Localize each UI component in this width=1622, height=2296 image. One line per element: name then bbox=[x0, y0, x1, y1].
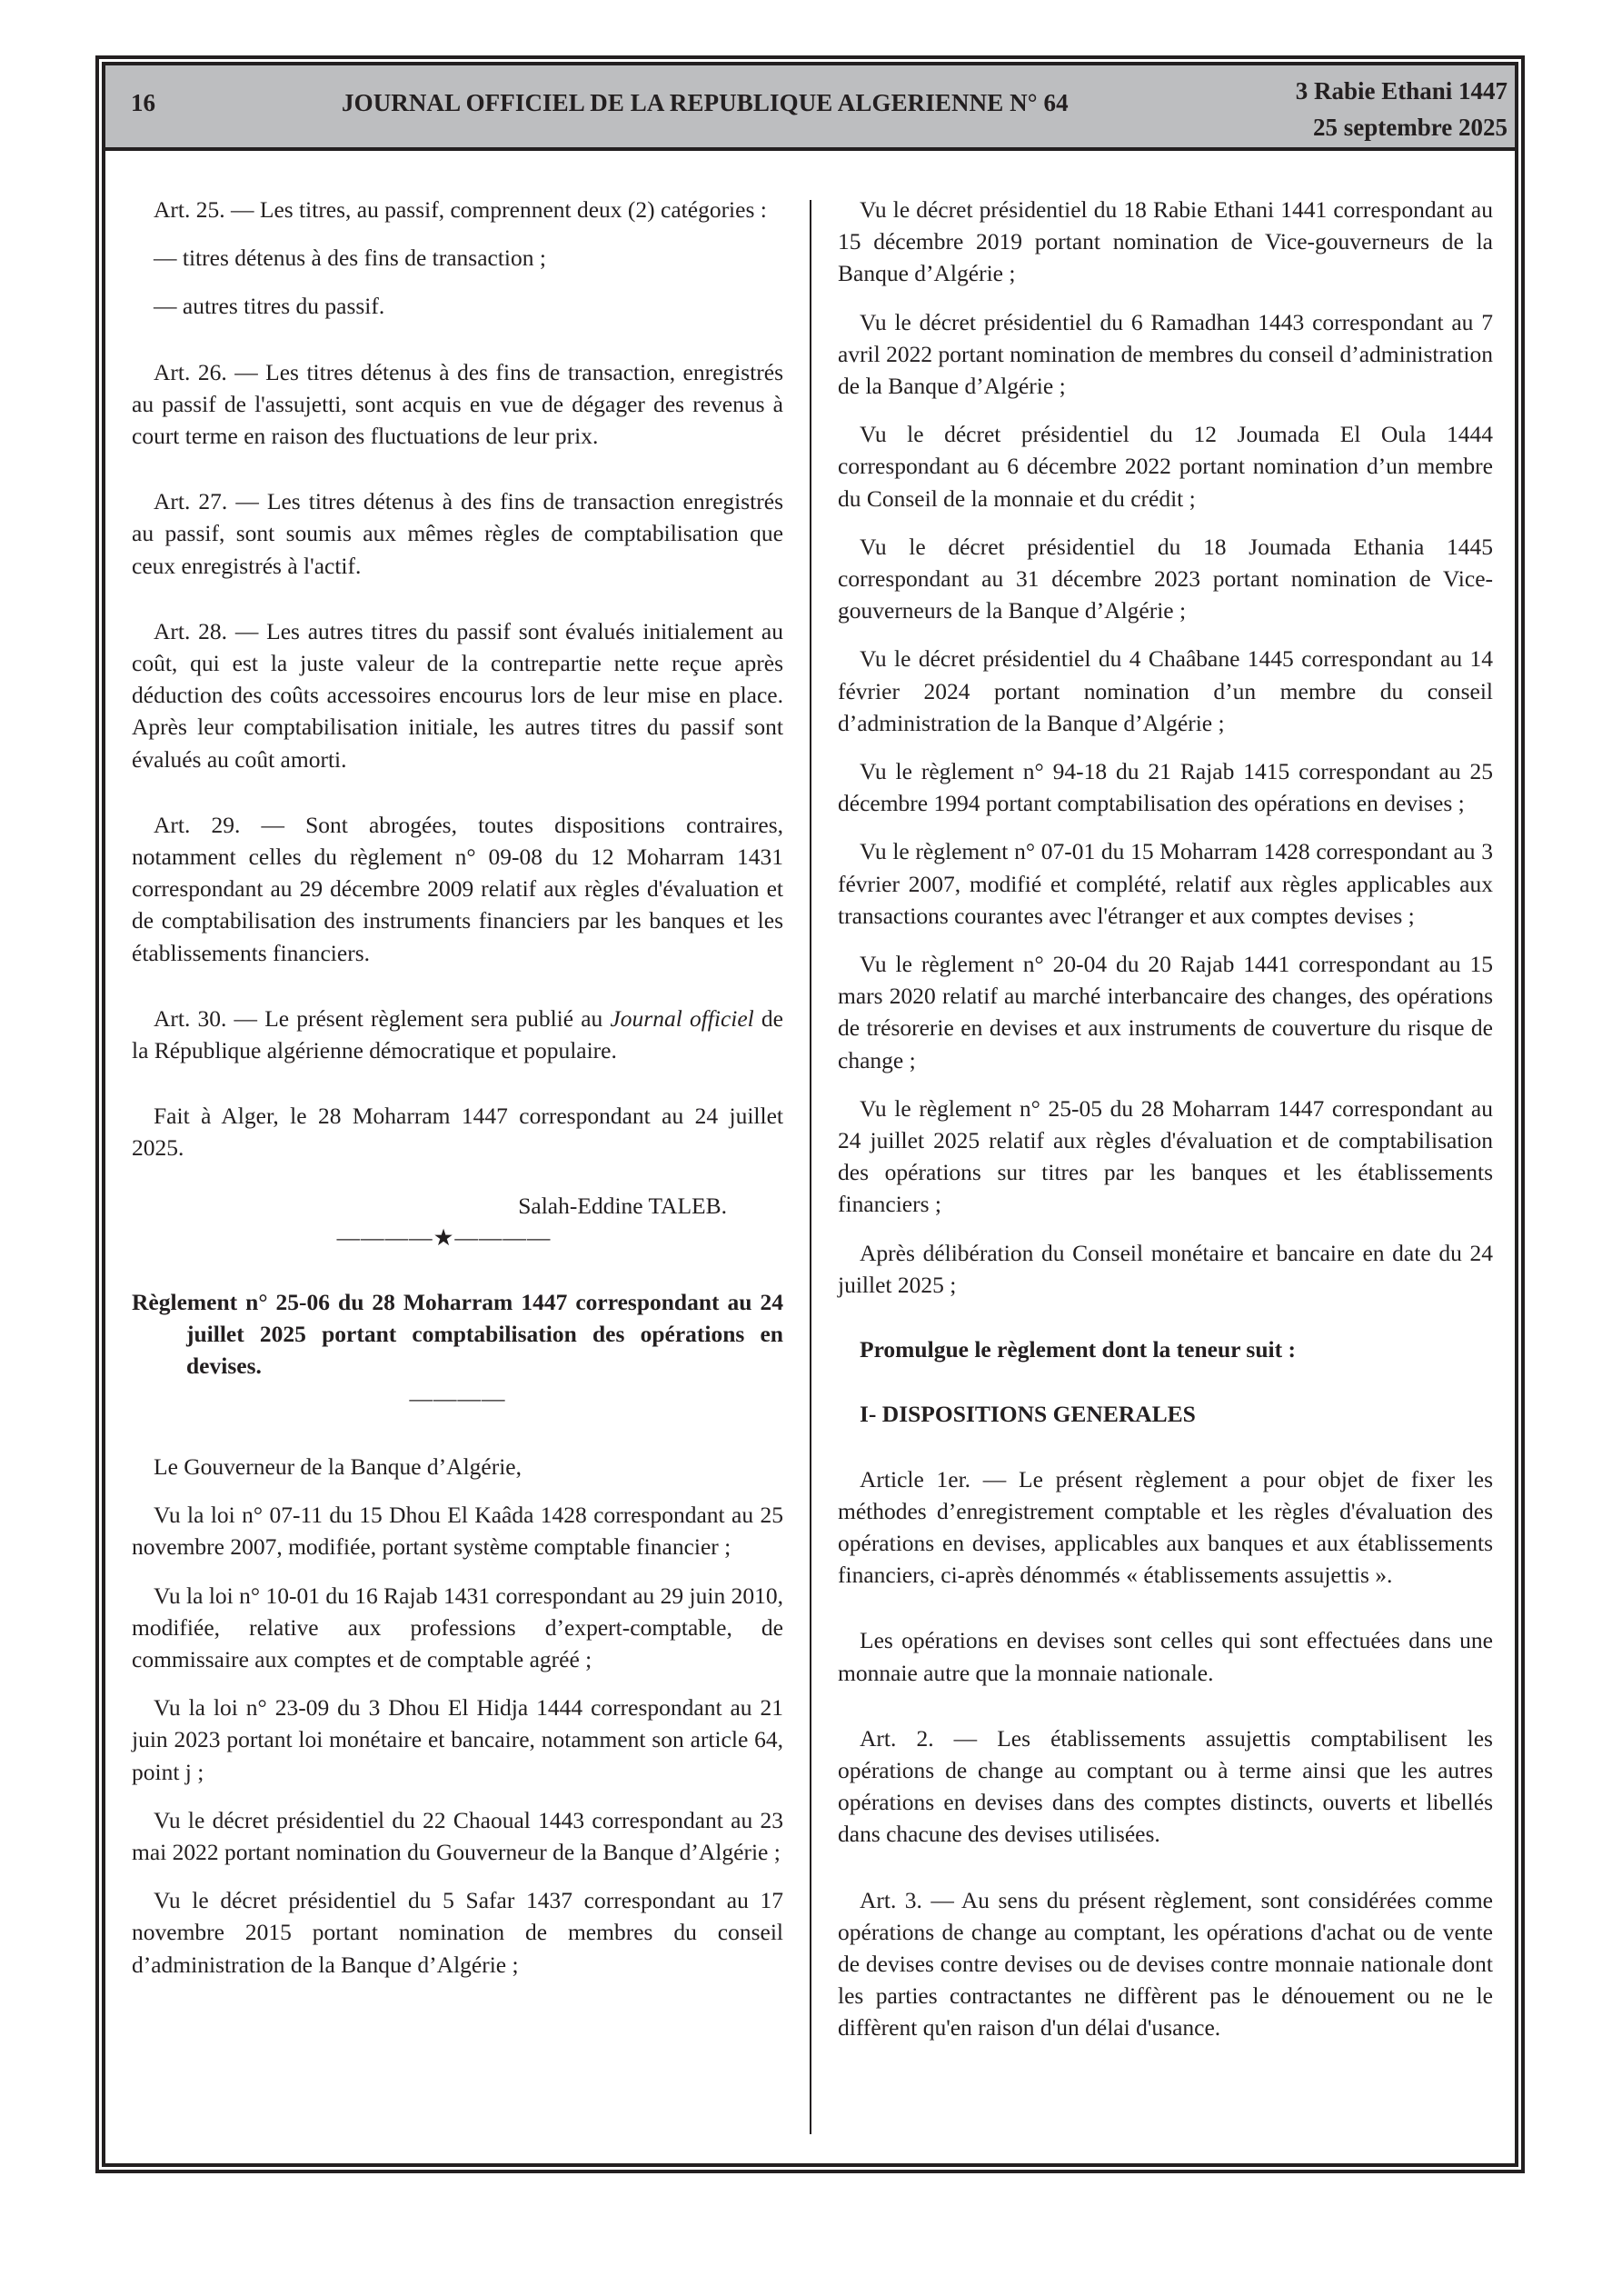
journal-title: JOURNAL OFFICIEL DE LA REPUBLIQUE ALGERI… bbox=[342, 89, 1069, 117]
article-27: Art. 27. — Les titres détenus à des fins… bbox=[132, 485, 783, 582]
visa-paragraph: Vu le règlement n° 25-05 du 28 Moharram … bbox=[838, 1093, 1493, 1221]
fait-a-alger: Fait à Alger, le 28 Moharram 1447 corres… bbox=[132, 1100, 783, 1163]
visa-paragraph: Vu le règlement n° 94-18 du 21 Rajab 141… bbox=[838, 755, 1493, 819]
visa-paragraph: Vu la loi n° 23-09 du 3 Dhou El Hidja 14… bbox=[132, 1692, 783, 1788]
list-item: — titres détenus à des fins de transacti… bbox=[132, 242, 783, 274]
visa-paragraph: Vu la loi n° 07-11 du 15 Dhou El Kaâda 1… bbox=[132, 1499, 783, 1562]
section-heading: I- DISPOSITIONS GENERALES bbox=[838, 1398, 1493, 1430]
list-item: — autres titres du passif. bbox=[132, 290, 783, 322]
visa-paragraph: Vu le décret présidentiel du 4 Chaâbane … bbox=[838, 643, 1493, 739]
visa-paragraph: Vu la loi n° 10-01 du 16 Rajab 1431 corr… bbox=[132, 1580, 783, 1676]
article-1-paragraph-2: Les opérations en devises sont celles qu… bbox=[838, 1624, 1493, 1688]
visa-paragraph: Vu le décret présidentiel du 5 Safar 143… bbox=[132, 1884, 783, 1981]
article-1: Article 1er. — Le présent règlement a po… bbox=[838, 1463, 1493, 1592]
deliberation-paragraph: Après délibération du Conseil monétaire … bbox=[838, 1237, 1493, 1301]
visa-paragraph: Vu le décret présidentiel du 22 Chaoual … bbox=[132, 1804, 783, 1868]
signature: Salah-Eddine TALEB. bbox=[132, 1190, 783, 1222]
article-30: Art. 30. — Le présent règlement sera pub… bbox=[132, 1003, 783, 1066]
hijri-date: 3 Rabie Ethani 1447 bbox=[1296, 73, 1508, 109]
gregorian-date: 25 septembre 2025 bbox=[1296, 109, 1508, 145]
star-separator: ————★———— bbox=[132, 1222, 783, 1253]
visa-paragraph: Vu le décret présidentiel du 12 Joumada … bbox=[838, 418, 1493, 514]
visa-paragraph: Vu le décret présidentiel du 18 Rabie Et… bbox=[838, 194, 1493, 290]
column-divider bbox=[810, 200, 811, 2134]
visa-paragraph: Vu le décret présidentiel du 18 Joumada … bbox=[838, 531, 1493, 627]
page-header: 16 JOURNAL OFFICIEL DE LA REPUBLIQUE ALG… bbox=[105, 65, 1515, 151]
article-29: Art. 29. — Sont abrogées, toutes disposi… bbox=[132, 809, 783, 969]
visa-paragraph: Vu le règlement n° 20-04 du 20 Rajab 144… bbox=[838, 948, 1493, 1076]
article-30-text: Art. 30. — Le présent règlement sera pub… bbox=[154, 1005, 610, 1032]
issue-date: 3 Rabie Ethani 1447 25 septembre 2025 bbox=[1296, 73, 1508, 145]
article-25: Art. 25. — Les titres, au passif, compre… bbox=[132, 194, 783, 225]
article-26: Art. 26. — Les titres détenus à des fins… bbox=[132, 356, 783, 453]
article-28: Art. 28. — Les autres titres du passif s… bbox=[132, 615, 783, 775]
left-column: Art. 25. — Les titres, au passif, compre… bbox=[132, 194, 783, 1997]
visa-paragraph: Vu le règlement n° 07-01 du 15 Moharram … bbox=[838, 835, 1493, 932]
short-separator: ———— bbox=[132, 1383, 783, 1414]
regulation-title: Règlement n° 25-06 du 28 Moharram 1447 c… bbox=[132, 1286, 783, 1383]
right-column: Vu le décret présidentiel du 18 Rabie Et… bbox=[838, 194, 1493, 2061]
promulgation-line: Promulgue le règlement dont la teneur su… bbox=[838, 1333, 1493, 1365]
page-number: 16 bbox=[131, 89, 155, 117]
gouverneur-line: Le Gouverneur de la Banque d’Algérie, bbox=[132, 1451, 783, 1482]
article-3: Art. 3. — Au sens du présent règlement, … bbox=[838, 1884, 1493, 2044]
journal-officiel-italic: Journal officiel bbox=[610, 1005, 753, 1032]
visa-paragraph: Vu le décret présidentiel du 6 Ramadhan … bbox=[838, 306, 1493, 403]
article-2: Art. 2. — Les établissements assujettis … bbox=[838, 1722, 1493, 1851]
